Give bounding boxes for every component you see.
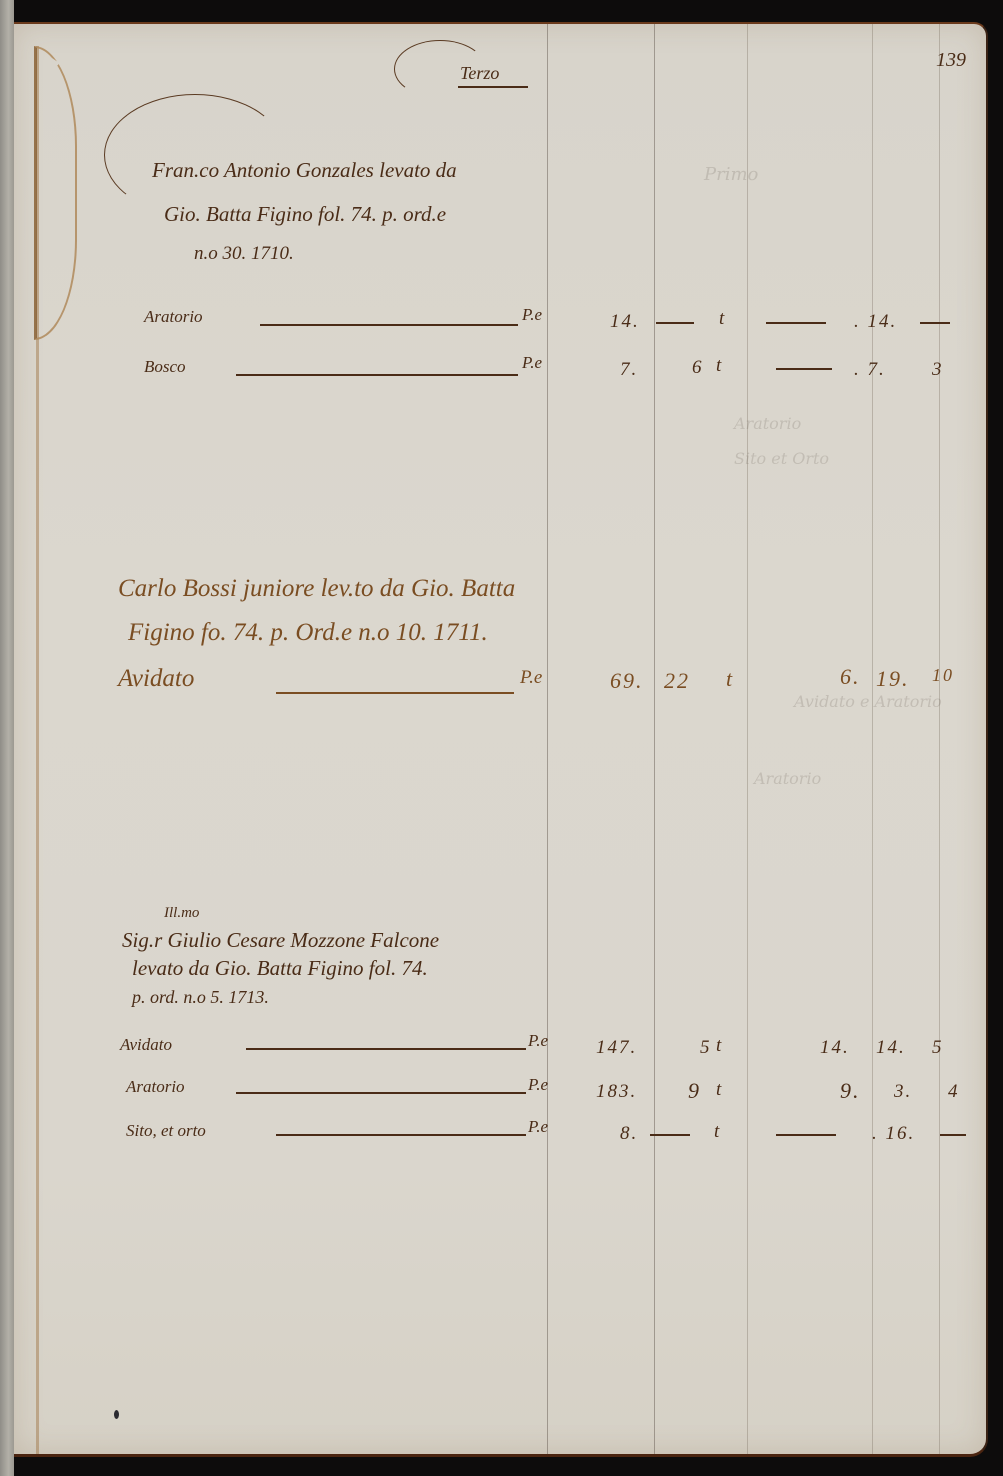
tavole-mark: t xyxy=(719,309,726,328)
tavole-mark: t xyxy=(716,356,723,375)
leader-line xyxy=(260,324,518,326)
quantity-tavole: 22 xyxy=(664,670,690,692)
tavole-mark: t xyxy=(726,668,734,690)
unit-pertiche: P.e xyxy=(528,1076,548,1093)
entry-title-line: Carlo Bossi juniore lev.to da Gio. Batta xyxy=(118,576,515,601)
tavole-mark: t xyxy=(714,1122,721,1141)
title-prefix: Ill.mo xyxy=(164,906,199,921)
bleed-through-text: Aratorio xyxy=(734,414,801,433)
value: . 7. xyxy=(854,360,886,379)
entry-title-line: n.o 30. 1710. xyxy=(194,244,294,263)
leader-line xyxy=(236,1092,526,1094)
unit-pertiche: P.e xyxy=(522,354,542,371)
leader-line xyxy=(246,1048,526,1050)
manuscript-page: Primo Aratorio Sito et Orto Avidato e Ar… xyxy=(14,22,988,1457)
leader-line xyxy=(276,1134,526,1136)
heading-underline xyxy=(458,86,528,88)
row-label: Aratorio xyxy=(126,1078,185,1095)
quantity: 69. xyxy=(610,670,644,692)
tavole-mark: t xyxy=(716,1036,723,1055)
bleed-through-text: Avidato e Aratorio xyxy=(794,692,942,711)
column-rule xyxy=(747,24,748,1454)
column-rule xyxy=(547,24,548,1454)
entry-title-line: levato da Gio. Batta Figino fol. 74. xyxy=(132,958,428,979)
entry-title-line: p. ord. n.o 5. 1713. xyxy=(132,988,269,1006)
quantity: 7. xyxy=(620,360,638,379)
tavole-mark: t xyxy=(716,1080,723,1099)
ink-blot xyxy=(114,1410,119,1419)
row-label: Aratorio xyxy=(144,308,203,325)
leader-line xyxy=(276,692,514,694)
quantity-tavole: 5 xyxy=(700,1038,712,1057)
value: 14. xyxy=(876,1038,906,1057)
unit-pertiche: P.e xyxy=(520,668,542,687)
dash xyxy=(920,322,950,324)
quantity: 147. xyxy=(596,1038,637,1057)
bleed-through-text: Aratorio xyxy=(754,769,821,788)
quantity-tavole: 9 xyxy=(688,1080,701,1102)
quantity-tavole: 6 xyxy=(692,358,704,377)
row-label: Bosco xyxy=(144,358,186,375)
entry-title-line: Fran.co Antonio Gonzales levato da xyxy=(152,160,457,181)
value: 5 xyxy=(932,1038,944,1057)
dash xyxy=(776,1134,836,1136)
leader-line xyxy=(236,374,518,376)
entry-title-line: Sig.r Giulio Cesare Mozzone Falcone xyxy=(122,930,439,951)
previous-leaf-edge xyxy=(0,0,14,1476)
row-label: Avidato xyxy=(118,666,194,691)
value: 4 xyxy=(948,1082,960,1101)
row-label: Sito, et orto xyxy=(126,1122,206,1139)
quantity: 14. xyxy=(610,312,640,331)
quantity: 183. xyxy=(596,1082,637,1101)
unit-pertiche: P.e xyxy=(528,1118,548,1135)
dash xyxy=(940,1134,966,1136)
unit-pertiche: P.e xyxy=(528,1032,548,1049)
bleed-through-text: Primo xyxy=(704,164,758,185)
binding-string xyxy=(34,46,77,340)
value: 6. xyxy=(840,666,861,688)
bleed-through-text: Sito et Orto xyxy=(734,449,829,468)
folio-number: 139 xyxy=(936,50,966,70)
column-rule xyxy=(939,24,940,1454)
dash xyxy=(766,322,826,324)
initial-flourish-icon xyxy=(104,94,286,216)
dash xyxy=(656,322,694,324)
value: 3 xyxy=(932,360,944,379)
row-label: Avidato xyxy=(120,1036,172,1053)
value: 19. xyxy=(876,668,910,690)
dash xyxy=(776,368,832,370)
value: 14. xyxy=(820,1038,850,1057)
dash xyxy=(650,1134,690,1136)
value: 9. xyxy=(840,1080,861,1102)
entry-title-line: Figino fo. 74. p. Ord.e n.o 10. 1711. xyxy=(128,620,488,645)
value: 10 xyxy=(932,666,954,684)
entry-title-line: Gio. Batta Figino fol. 74. p. ord.e xyxy=(164,204,446,225)
unit-pertiche: P.e xyxy=(522,306,542,323)
column-rule xyxy=(654,24,655,1454)
value: . 16. xyxy=(872,1124,915,1143)
column-rule xyxy=(872,24,873,1454)
value: . 14. xyxy=(854,312,897,331)
quantity: 8. xyxy=(620,1124,638,1143)
page-heading: Terzo xyxy=(460,64,499,82)
value: 3. xyxy=(894,1082,912,1101)
